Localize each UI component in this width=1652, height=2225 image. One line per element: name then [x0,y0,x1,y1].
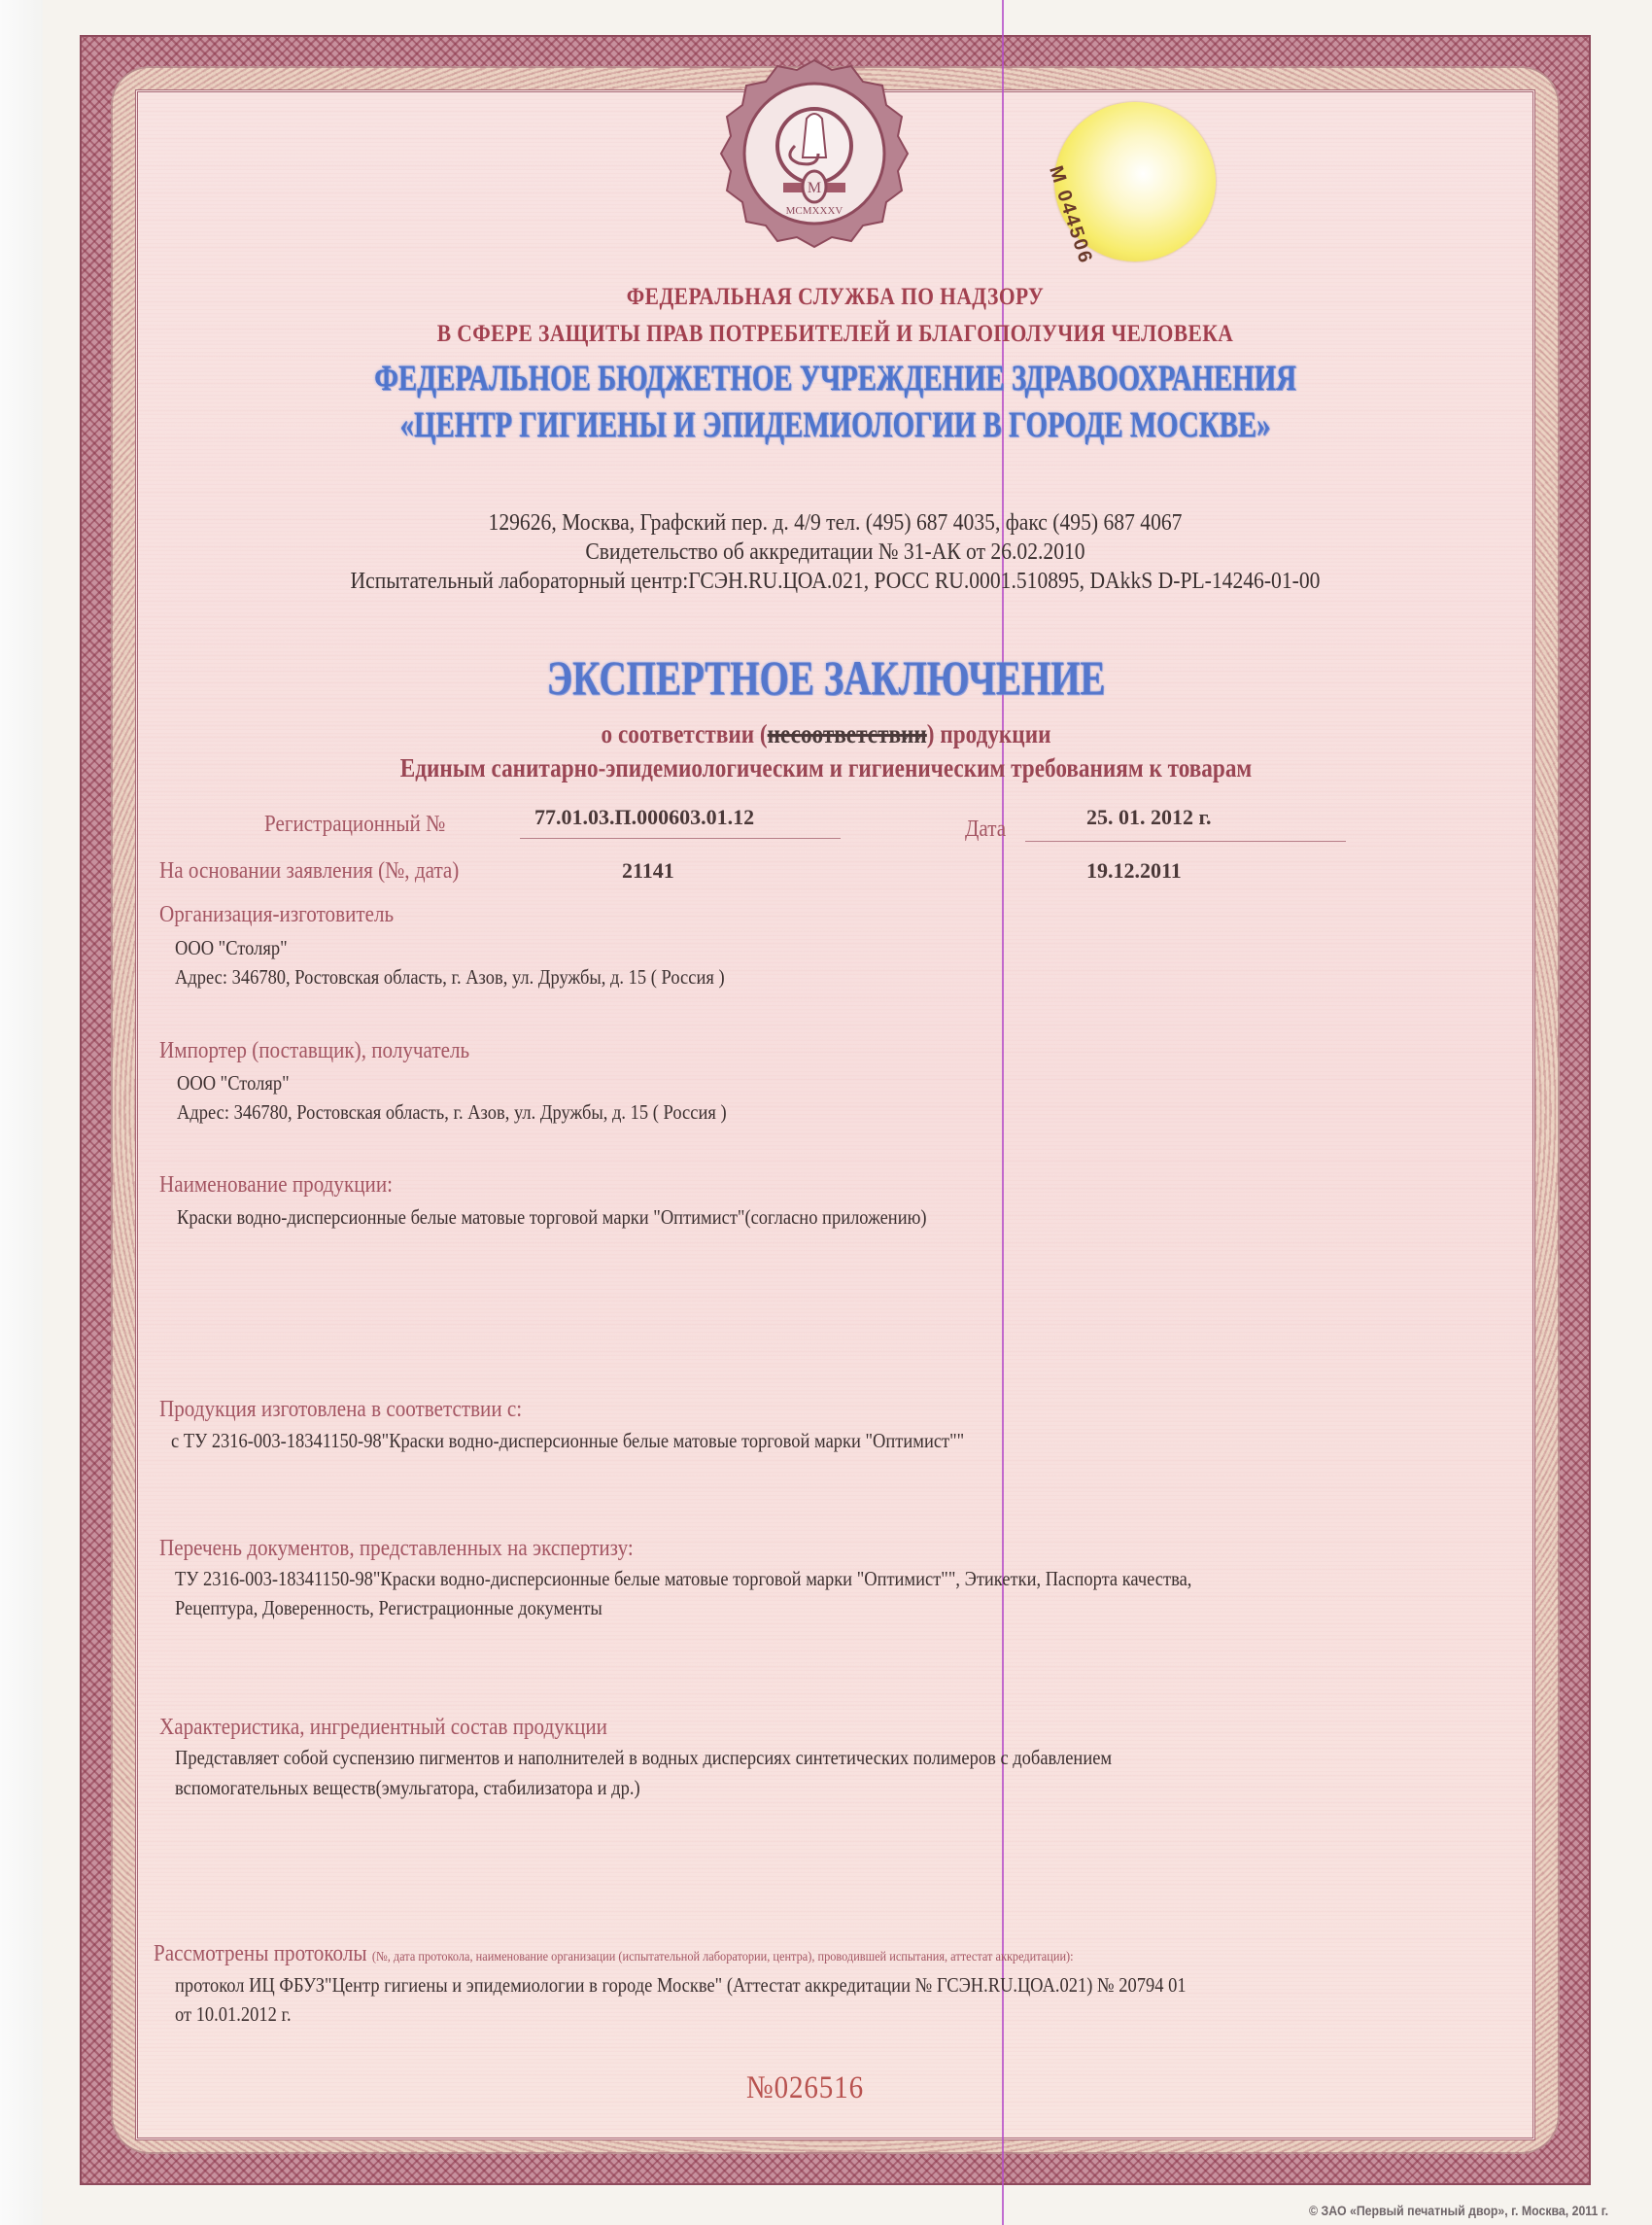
document-subtitle: о соответствии (несоответствии) продукци… [116,719,1536,749]
manufacturer-address: Адрес: 346780, Ростовская область, г. Аз… [175,965,725,990]
protocols-label-text: Рассмотрены протоколы [154,1941,367,1966]
documents-line-1: ТУ 2316-003-18341150-98"Краски водно-дис… [175,1567,1191,1591]
document-title: ЭКСПЕРТНОЕ ЗАКЛЮЧЕНИЕ [182,649,1470,706]
registration-date: 25. 01. 2012 г. [1086,805,1212,830]
date-underline [1025,841,1346,842]
subtitle-struck: несоответствии [768,719,927,748]
agency-line-1: ФЕДЕРАЛЬНАЯ СЛУЖБА ПО НАДЗОРУ [233,284,1437,311]
org-line-1: ФЕДЕРАЛЬНОЕ БЮДЖЕТНОЕ УЧРЕЖДЕНИЕ ЗДРАВОО… [290,358,1382,400]
product-label: Наименование продукции: [159,1172,393,1199]
paper-edge [0,0,43,2225]
importer-label: Импортер (поставщик), получатель [159,1038,469,1064]
manufacturer-label: Организация-изготовитель [159,902,394,928]
accreditation-certificate: Свидетельство об аккредитации № 31-АК от… [205,539,1465,566]
protocols-line-1: протокол ИЦ ФБУЗ"Центр гигиены и эпидеми… [175,1973,1187,1998]
manufacturer-name: ООО "Столяр" [175,936,288,960]
product-name: Краски водно-дисперсионные белые матовые… [177,1205,927,1230]
protocols-label-note: (№, дата протокола, наименование организ… [372,1950,1074,1964]
lab-center: Испытательный лабораторный центр:ГСЭН.RU… [205,569,1465,595]
application-label: На основании заявления (№, дата) [159,858,459,885]
document-subtitle-2: Единым санитарно-эпидемиологическим и ги… [116,753,1536,783]
protocols-line-2: от 10.01.2012 г. [175,2002,292,2027]
agency-line-2: В СФЕРЕ ЗАЩИТЫ ПРАВ ПОТРЕБИТЕЛЕЙ И БЛАГО… [233,321,1437,348]
composition-label: Характеристика, ингредиентный состав про… [159,1715,607,1741]
svg-text:MCMXXXV: MCMXXXV [786,205,843,217]
registration-underline [520,838,841,839]
application-number: 21141 [622,858,674,884]
composition-line-1: Представляет собой суспензию пигментов и… [175,1746,1112,1770]
documents-label: Перечень документов, представленных на э… [159,1536,634,1562]
importer-name: ООО "Столяр" [177,1071,290,1095]
composition-line-2: вспомогательных веществ(эмульгатора, ста… [175,1776,640,1800]
application-date: 19.12.2011 [1086,858,1182,884]
standard-value: с ТУ 2316-003-18341150-98"Краски водно-д… [171,1429,964,1453]
subtitle-prefix: о соответствии ( [602,719,768,748]
date-label: Дата [965,817,1006,843]
emblem-icon: M MCMXXXV [717,56,912,251]
protocols-label: Рассмотрены протоколы (№, дата протокола… [154,1941,1074,1967]
org-address: 129626, Москва, Графский пер. д. 4/9 тел… [205,510,1465,537]
subtitle-suffix: ) продукции [927,719,1051,748]
svg-text:M: M [808,180,821,196]
printer-copyright: © ЗАО «Первый печатный двор», г. Москва,… [1309,2203,1608,2218]
importer-address: Адрес: 346780, Ростовская область, г. Аз… [177,1100,727,1125]
blank-serial-number: №026516 [746,2070,864,2106]
registration-number: 77.01.03.П.000603.01.12 [534,805,754,830]
registration-label: Регистрационный № [264,812,445,838]
documents-line-2: Рецептура, Доверенность, Регистрационные… [175,1596,602,1620]
standard-label: Продукция изготовлена в соответствии с: [159,1397,522,1423]
org-line-2: «ЦЕНТР ГИГИЕНЫ И ЭПИДЕМИОЛОГИИ В ГОРОДЕ … [290,404,1382,446]
emblem-seal: M MCMXXXV [717,56,912,251]
